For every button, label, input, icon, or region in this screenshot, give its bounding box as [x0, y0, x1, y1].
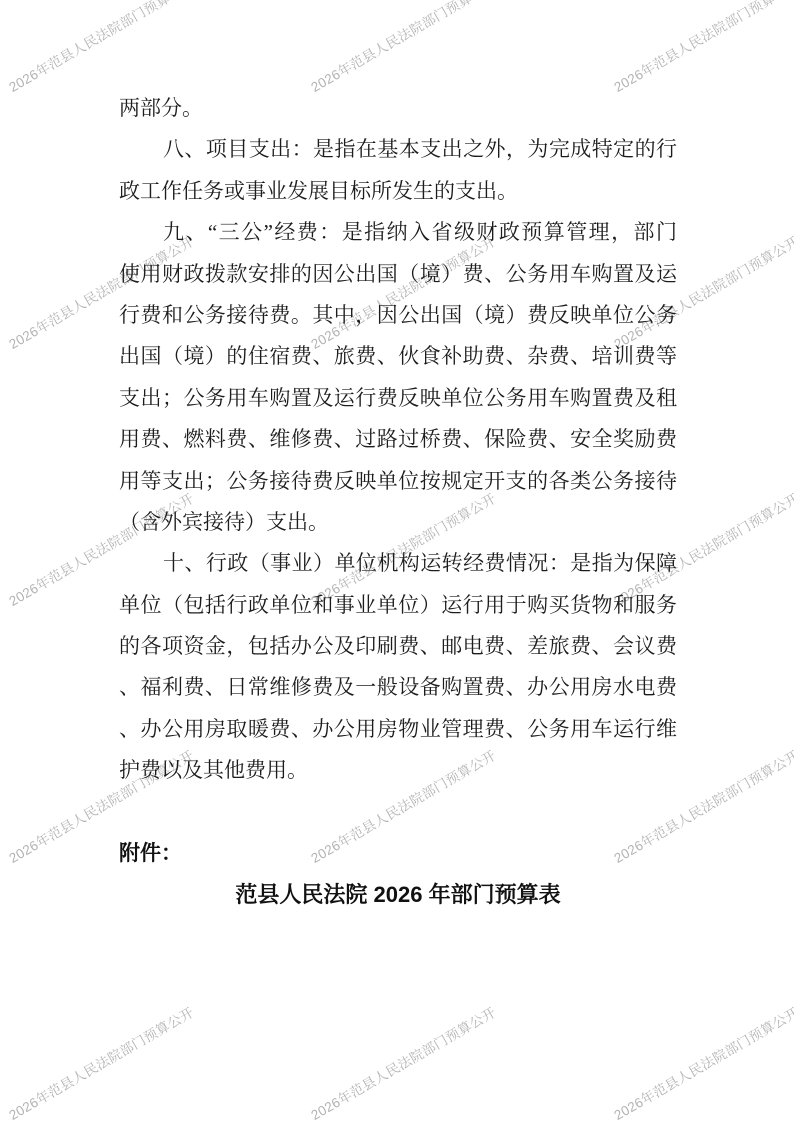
watermark-text: 2026年范县人民法院部门预算公开	[612, 0, 794, 95]
watermark-text: 2026年范县人民法院部门预算公开	[7, 0, 196, 95]
body-line: 单位（包括行政单位和事业单位）运行用于购买货物和服务	[119, 585, 677, 626]
watermark-text: 2026年范县人民法院部门预算公开	[7, 1006, 196, 1123]
watermark-text: 2026年范县人民法院部门预算公开	[309, 1006, 498, 1123]
body-line: 用等支出；公务接待费反映单位按规定开支的各类公务接待	[119, 461, 677, 502]
watermark-text: 2026年范县人民法院部门预算公开	[612, 1006, 794, 1123]
body-line: 支出；公务用车购置及运行费反映单位公务用车购置费及租	[119, 378, 677, 419]
body-line: 、办公用房取暖费、办公用房物业管理费、公务用车运行维	[119, 709, 677, 750]
body-line: 的各项资金，包括办公及印刷费、邮电费、差旅费、会议费	[119, 626, 677, 667]
blank-line	[119, 792, 677, 833]
body-line: 用费、燃料费、维修费、过路过桥费、保险费、安全奖励费	[119, 419, 677, 460]
body-line: 两部分。	[119, 88, 677, 129]
body-line: 九、“三公”经费：是指纳入省级财政预算管理，部门	[119, 212, 677, 253]
body-line: 八、项目支出：是指在基本支出之外，为完成特定的行	[119, 129, 677, 170]
attachment-title: 范县人民法院 2026 年部门预算表	[119, 874, 677, 915]
body-line: 十、行政（事业）单位机构运转经费情况：是指为保障	[119, 543, 677, 584]
body-line: 使用财政拨款安排的因公出国（境）费、公务用车购置及运	[119, 254, 677, 295]
body-line: 政工作任务或事业发展目标所发生的支出。	[119, 171, 677, 212]
body-line: 、福利费、日常维修费及一般设备购置费、办公用房水电费	[119, 667, 677, 708]
document-body: 两部分。 八、项目支出：是指在基本支出之外，为完成特定的行 政工作任务或事业发展…	[119, 88, 677, 916]
watermark-text: 2026年范县人民法院部门预算公开	[309, 0, 498, 95]
body-line: （含外宾接待）支出。	[119, 502, 677, 543]
body-line: 行费和公务接待费。其中，因公出国（境）费反映单位公务	[119, 295, 677, 336]
attachment-label: 附件：	[119, 833, 677, 874]
body-line: 出国（境）的住宿费、旅费、伙食补助费、杂费、培训费等	[119, 336, 677, 377]
document-page: 2026年范县人民法院部门预算公开 2026年范县人民法院部门预算公开 2026…	[0, 0, 794, 1123]
body-line: 护费以及其他费用。	[119, 750, 677, 791]
